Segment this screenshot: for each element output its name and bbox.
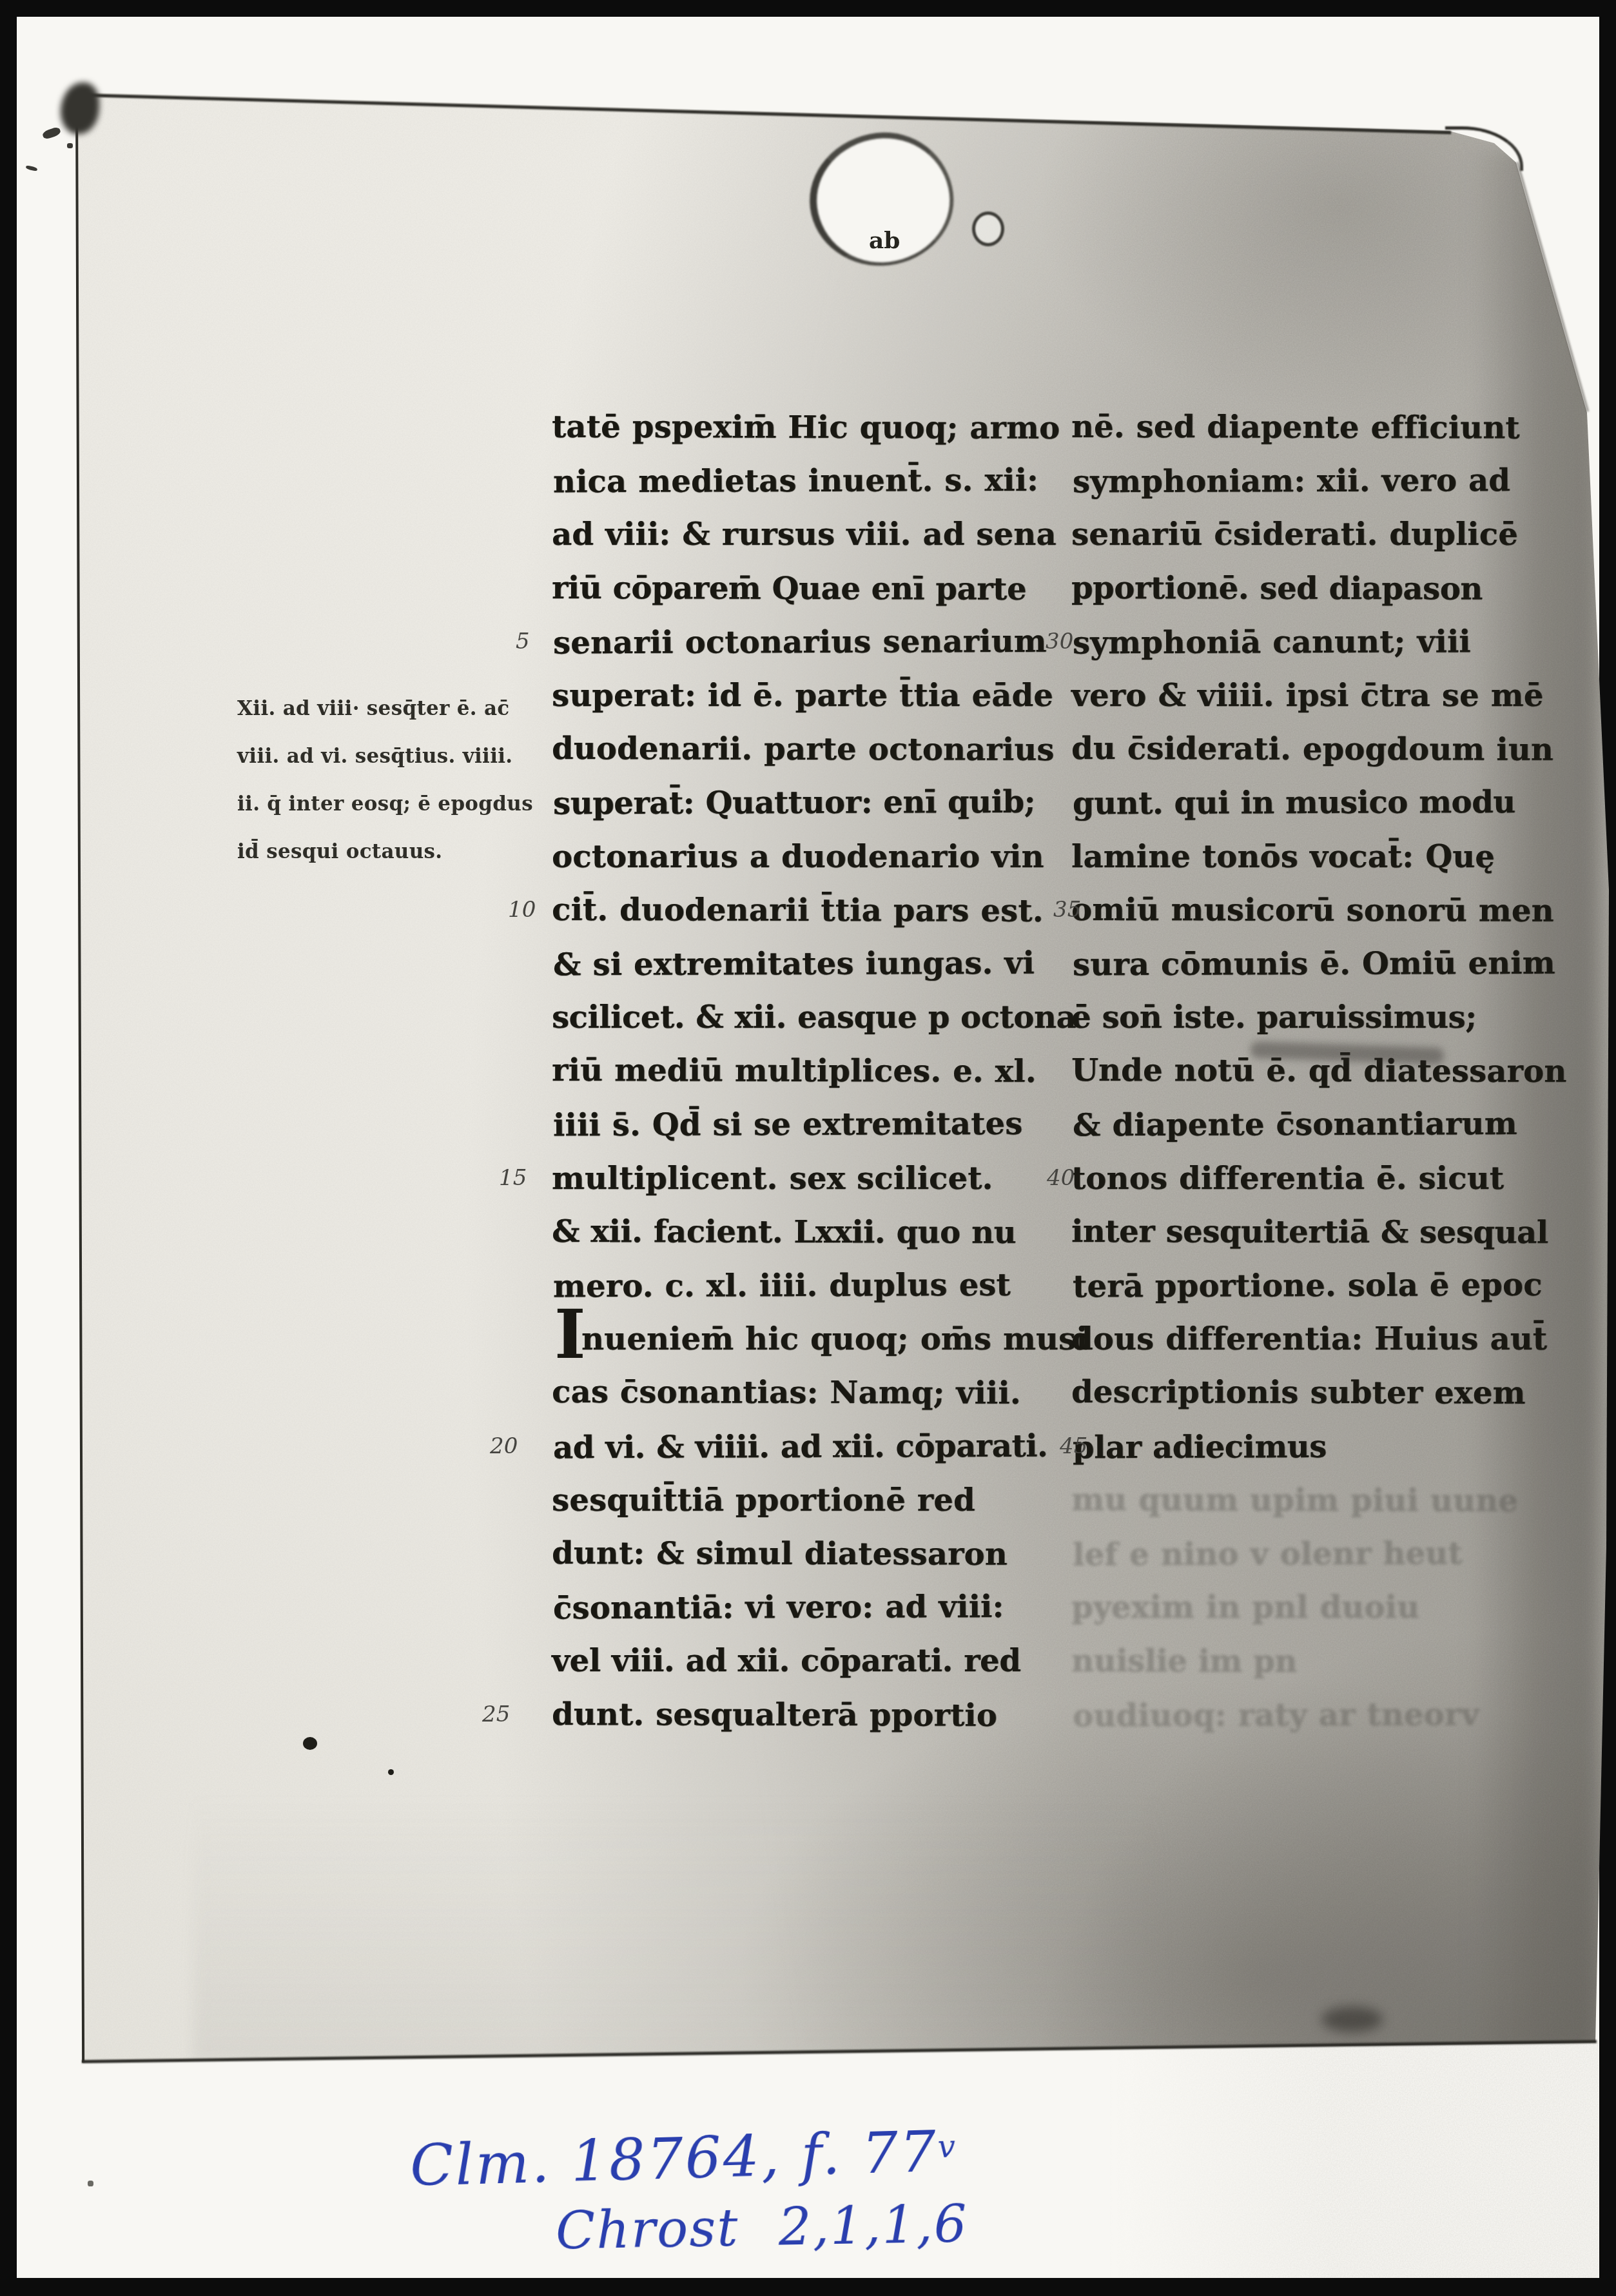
speck xyxy=(88,2181,93,2186)
manuscript-line: terā pportione. sola ē epoc xyxy=(1073,1259,1595,1314)
manuscript-line: duodenarii. parte octonarius xyxy=(552,722,1067,777)
grain-bottom-margin xyxy=(1109,2041,1599,2279)
manuscript-line: ad viii: & rursus viii. ad sena xyxy=(552,508,1067,562)
bleedthrough-line: pyexim in pnl duoiu xyxy=(1071,1581,1593,1634)
line-number-5: 5 xyxy=(516,629,530,654)
manuscript-line: superat̄: Quattuor: enī quib; xyxy=(553,776,1069,831)
manuscript-line: vel viii. ad xii. cōparati. red xyxy=(552,1634,1067,1688)
manuscript-line: c̄sonantiā: vi vero: ad viii: xyxy=(553,1580,1069,1636)
manuscript-line: sesquit̄tiā pportionē red xyxy=(552,1474,1067,1527)
manuscript-line: cit̄. duodenarii t̄tia pars est. xyxy=(552,883,1067,938)
manuscript-line: nē. sed diapente efficiunt xyxy=(1071,400,1593,455)
manuscript-line: tonos differentia ē. sicut xyxy=(1071,1152,1593,1206)
line-number-15: 15 xyxy=(499,1165,527,1191)
manuscript-line: riū mediū multiplices. e. xl. xyxy=(552,1044,1067,1099)
manuscript-line: nueniem̄ hic quoq; om̄s musi xyxy=(552,1313,1067,1366)
bleedthrough-line: oudiuoq: raty ar tneorv xyxy=(1073,1687,1595,1743)
line-number-30: 30 xyxy=(1046,629,1073,654)
line-number-45: 45 xyxy=(1060,1433,1087,1459)
manuscript-line: tatē pspexim̄ Hic quoq; armo xyxy=(552,400,1067,455)
manuscript-line: senariū c̄siderati. duplicē xyxy=(1071,508,1593,562)
manuscript-line: pportionē. sed diapason xyxy=(1071,562,1593,616)
manuscript-line: gunt. qui in musico modu xyxy=(1073,776,1595,831)
manuscript-line: dunt: & simul diatessaron xyxy=(552,1527,1067,1582)
large-initial-I: I xyxy=(554,1295,586,1374)
manuscript-line: & si extremitates iungas. vi xyxy=(553,936,1069,992)
manuscript-line: du c̄siderati. epogdoum iun xyxy=(1071,722,1593,777)
manuscript-line: & diapente c̄sonantiarum xyxy=(1073,1097,1595,1153)
manuscript-line: senarii octonarius senarium xyxy=(553,614,1069,670)
bleedthrough-line: lef e nino v olenr heut xyxy=(1073,1527,1595,1582)
manuscript-line: cas c̄sonantias: Namq; viii. xyxy=(552,1366,1067,1420)
margin-gloss-line: viii. ad vi. sesq̄tius. viiii. xyxy=(237,732,533,780)
manuscript-line: superat: id ē. parte t̄tia eāde xyxy=(552,669,1067,723)
manuscript-line: plar adiecimus xyxy=(1073,1419,1595,1475)
manuscript-page: Xii. ad viii· sesq̄ter ē. ac̄viii. ad vi… xyxy=(0,0,1616,2296)
line-number-20: 20 xyxy=(490,1433,518,1459)
manuscript-line: scilicet. & xii. easque p octona xyxy=(552,991,1067,1045)
manuscript-line: mero. c. xl. iiii. duplus est xyxy=(553,1259,1069,1314)
edition-annotation: Chrost 2,1,1,6 xyxy=(555,2193,968,2261)
line-number-25: 25 xyxy=(482,1702,510,1727)
manuscript-line: ad vi. & viiii. ad xii. cōparati. xyxy=(553,1419,1069,1475)
manuscript-line: omiū musicorū sonorū men xyxy=(1071,883,1593,938)
manuscript-line: symphoniā canunt; viii xyxy=(1073,614,1595,670)
bleedthrough-line: mu quum upim piui uune xyxy=(1071,1473,1593,1528)
manuscript-line: nica medietas inuent̄. s. xii: xyxy=(553,454,1069,509)
manuscript-line: dunt. sesqualterā pportio xyxy=(552,1687,1067,1742)
margin-gloss-line: Xii. ad viii· sesq̄ter ē. ac̄ xyxy=(237,685,533,732)
manuscript-line: vero & viiii. ipsi c̄tra se mē xyxy=(1071,669,1593,723)
right-text-column: nē. sed diapente efficiuntsymphoniam: xi… xyxy=(1071,401,1593,1474)
manuscript-line: octonarius a duodenario vin xyxy=(552,830,1067,884)
line-number-35: 35 xyxy=(1053,897,1081,923)
hole-mark-label: ab xyxy=(869,227,900,254)
bleedthrough-line: nuislie im pn xyxy=(1071,1634,1593,1689)
manuscript-line: inter sesquitertiā & sesqual xyxy=(1071,1205,1593,1260)
manuscript-line: & xii. facient. Lxxii. quo nu xyxy=(552,1205,1067,1260)
speck xyxy=(67,143,73,148)
manuscript-line: symphoniam: xii. vero ad xyxy=(1073,454,1595,509)
manuscript-line: iiii s̄. Qd̄ si se extremitates xyxy=(553,1097,1069,1153)
manuscript-line: sura cōmunis ē. Omiū enim xyxy=(1073,936,1595,992)
manuscript-line: ē son̄ iste. paruissimus; xyxy=(1071,991,1593,1045)
ink-dot-small xyxy=(388,1769,394,1775)
margin-gloss-line: id̄ sesqui octauus. xyxy=(237,828,533,876)
manuscript-line: lamine tonōs vocat̄: Quę xyxy=(1071,830,1593,884)
ink-dot xyxy=(303,1737,317,1750)
scanned-document: Xii. ad viii· sesq̄ter ē. ac̄viii. ad vi… xyxy=(0,0,1616,2296)
edge-smudge xyxy=(1321,2007,1383,2032)
wormhole xyxy=(972,211,1004,246)
manuscript-line: dous differentia: Huius aut̄ xyxy=(1071,1313,1593,1366)
line-number-40: 40 xyxy=(1047,1165,1075,1191)
bleedthrough-text: mu quum upim piui uunelef e nino v olenr… xyxy=(1071,1474,1593,1742)
margin-gloss-line: ii. q̄ inter eosq; ē epogdus xyxy=(237,780,533,828)
margin-gloss: Xii. ad viii· sesq̄ter ē. ac̄viii. ad vi… xyxy=(237,685,533,876)
left-text-column: tatē pspexim̄ Hic quoq; armonica medieta… xyxy=(552,401,1067,1742)
manuscript-line: riū cōparem̄ Quae enī parte xyxy=(552,562,1067,616)
folio-superscript: v xyxy=(937,2128,958,2165)
manuscript-line: descriptionis subter exem xyxy=(1071,1366,1593,1420)
manuscript-line: multiplicent. sex scilicet. xyxy=(552,1152,1067,1206)
line-number-10: 10 xyxy=(508,897,536,923)
